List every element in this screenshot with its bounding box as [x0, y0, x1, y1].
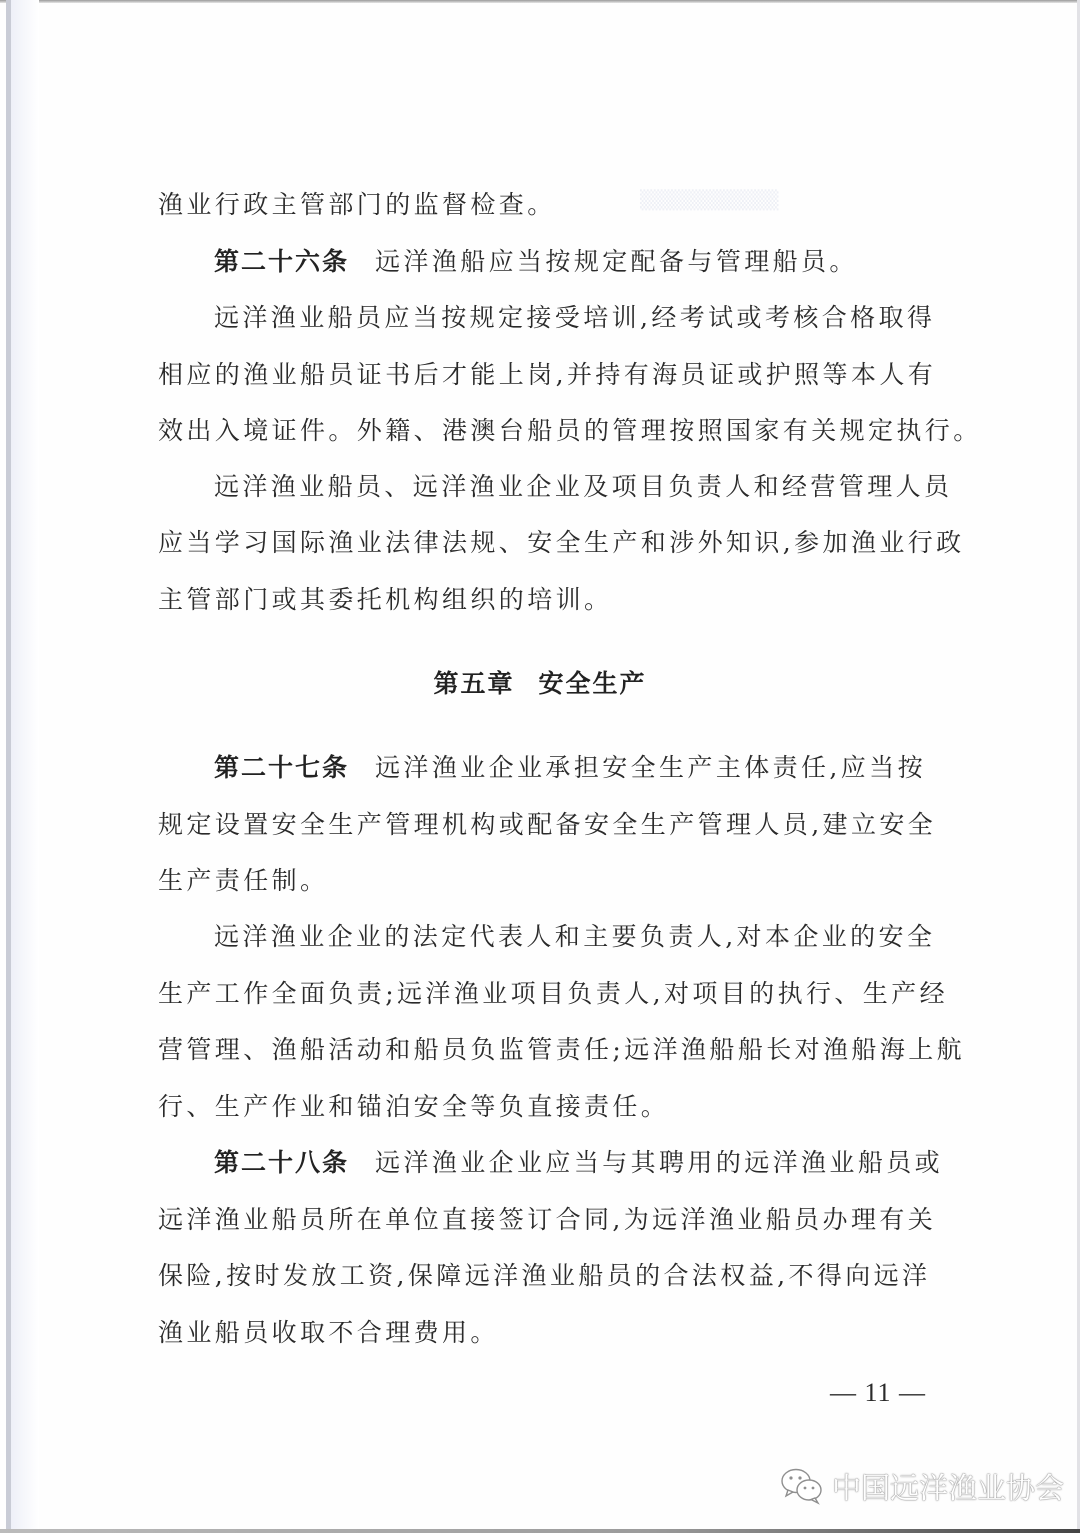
text-line: 生产责任制。 [158, 861, 958, 901]
scan-edge-left [6, 0, 11, 1533]
text-line: 主管部门或其委托机构组织的培训。 [158, 580, 958, 620]
chapter-title: 安全生产 [539, 669, 647, 698]
text-line: 营管理、渔船活动和船员负监管责任;远洋渔船船长对渔船海上航 [158, 1030, 958, 1070]
watermark-text: 中国远洋渔业协会 [832, 1466, 1064, 1507]
text-line: 渔业行政主管部门的监督检查。 [158, 185, 958, 225]
text-line: 远洋渔业企业的法定代表人和主要负责人,对本企业的安全 [214, 917, 1014, 957]
article-line: 第二十六条远洋渔船应当按规定配备与管理船员。 [214, 242, 1014, 282]
text-line: 保险,按时发放工资,保障远洋渔业船员的合法权益,不得向远洋 [158, 1256, 958, 1296]
paragraph-text: 渔业行政主管部门的监督检查。 [158, 190, 556, 219]
wechat-icon [780, 1467, 824, 1505]
text-line: 远洋渔业船员、远洋渔业企业及项目负责人和经营管理人员 [214, 467, 1014, 507]
paragraph-text: 行、生产作业和锚泊安全等负直接责任。 [158, 1092, 669, 1121]
text-line: 行、生产作业和锚泊安全等负直接责任。 [158, 1087, 958, 1127]
paragraph-text: 营管理、渔船活动和船员负监管责任;远洋渔船船长对渔船海上航 [158, 1035, 965, 1064]
paragraph-text: 生产责任制。 [158, 866, 328, 895]
article-number: 第二十七条 [214, 753, 349, 782]
scan-shadow-left [11, 0, 39, 1533]
article-number: 第二十六条 [214, 247, 349, 276]
paragraph-text: 远洋渔业船员应当按规定接受培训,经考试或考核合格取得 [214, 303, 935, 332]
text-line: 远洋渔业船员应当按规定接受培训,经考试或考核合格取得 [214, 298, 1014, 338]
paragraph-text: 应当学习国际渔业法律法规、安全生产和涉外知识,参加渔业行政 [158, 528, 965, 557]
paragraph-text: 效出入境证件。外籍、港澳台船员的管理按照国家有关规定执行。 [158, 416, 982, 445]
paragraph-text: 远洋渔业企业应当与其聘用的远洋渔业船员或 [375, 1148, 943, 1177]
page-number: — 11 — [830, 1375, 926, 1411]
paragraph-text: 相应的渔业船员证书后才能上岗,并持有海员证或护照等本人有 [158, 360, 936, 389]
paragraph-text: 远洋渔业企业承担安全生产主体责任,应当按 [375, 753, 926, 782]
paragraph-text: 远洋渔业船员所在单位直接签订合同,为远洋渔业船员办理有关 [158, 1205, 936, 1234]
scan-edge-bottom [0, 1529, 1080, 1533]
paragraph-text: 保险,按时发放工资,保障远洋渔业船员的合法权益,不得向远洋 [158, 1261, 930, 1290]
text-line: 渔业船员收取不合理费用。 [158, 1313, 958, 1353]
paragraph-text: 生产工作全面负责;远洋渔业项目负责人,对项目的执行、生产经 [158, 979, 948, 1008]
text-line: 应当学习国际渔业法律法规、安全生产和涉外知识,参加渔业行政 [158, 523, 958, 563]
paragraph-text: 规定设置安全生产管理机构或配备安全生产管理人员,建立安全 [158, 810, 936, 839]
chapter-number: 第五章 [433, 669, 514, 698]
paragraph-text: 主管部门或其委托机构组织的培训。 [158, 585, 612, 614]
text-line: 相应的渔业船员证书后才能上岗,并持有海员证或护照等本人有 [158, 355, 958, 395]
text-line: 效出入境证件。外籍、港澳台船员的管理按照国家有关规定执行。 [158, 411, 958, 451]
paragraph-text: 远洋渔业企业的法定代表人和主要负责人,对本企业的安全 [214, 922, 935, 951]
chapter-heading: 第五章安全生产 [0, 664, 1080, 704]
article-number: 第二十八条 [214, 1148, 349, 1177]
text-line: 生产工作全面负责;远洋渔业项目负责人,对项目的执行、生产经 [158, 974, 958, 1014]
paragraph-text: 渔业船员收取不合理费用。 [158, 1318, 499, 1347]
watermark: 中国远洋渔业协会 [780, 1466, 1064, 1506]
paragraph-text: 远洋渔业船员、远洋渔业企业及项目负责人和经营管理人员 [214, 472, 952, 501]
article-line: 第二十八条远洋渔业企业应当与其聘用的远洋渔业船员或 [214, 1143, 1014, 1183]
article-line: 第二十七条远洋渔业企业承担安全生产主体责任,应当按 [214, 748, 1014, 788]
text-line: 规定设置安全生产管理机构或配备安全生产管理人员,建立安全 [158, 805, 958, 845]
paragraph-text: 远洋渔船应当按规定配备与管理船员。 [375, 247, 858, 276]
document-page: ▒▒▒▒▒▒▒▒▒▒ 渔业行政主管部门的监督检查。 第二十六条远洋渔船应当按规定… [0, 0, 1080, 1533]
text-line: 远洋渔业船员所在单位直接签订合同,为远洋渔业船员办理有关 [158, 1200, 958, 1240]
scan-edge-top [0, 0, 1080, 3]
